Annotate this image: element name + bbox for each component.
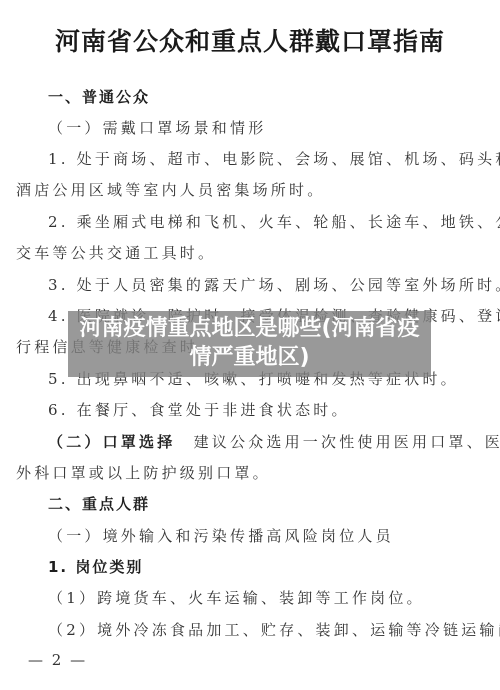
paragraph-line: （2）境外冷冻食品加工、贮存、装卸、运输等冷链运输岗 — [48, 620, 500, 640]
paragraph-line: 交车等公共交通工具时。 — [16, 243, 216, 263]
section-heading-general-public: 一、普通公众 — [48, 87, 150, 107]
paragraph-line: 6. 在餐厅、食堂处于非进食状态时。 — [48, 400, 350, 420]
paragraph-line: 3. 处于人员密集的露天广场、剧场、公园等室外场所时。 — [48, 275, 500, 295]
page-number: — 2 — — [28, 651, 87, 669]
section-heading-key-groups: 二、重点人群 — [48, 494, 150, 514]
paragraph-line: 外科口罩或以上防护级别口罩。 — [16, 463, 271, 483]
caption-text: 河南疫情重点地区是哪些(河南省疫 情严重地区) — [68, 314, 431, 372]
subsection-heading: （一）境外输入和污染传播高风险岗位人员 — [48, 526, 394, 546]
document-title: 河南省公众和重点人群戴口罩指南 — [0, 22, 500, 58]
mask-selection-label: （二）口罩选择 — [48, 433, 175, 451]
paragraph-line: 酒店公用区域等室内人员密集场所时。 — [16, 180, 325, 200]
caption-line-1: 河南疫情重点地区是哪些(河南省疫 — [68, 314, 431, 343]
subsection-heading: （一）需戴口罩场景和情形 — [48, 118, 266, 138]
subheading-job-categories: 1. 岗位类别 — [48, 557, 143, 577]
paragraph-line: 1. 处于商场、超市、电影院、会场、展馆、机场、码头和 — [48, 149, 500, 169]
caption-line-2: 情严重地区) — [68, 343, 431, 372]
paragraph-line: （1）跨境货车、火车运输、装卸等工作岗位。 — [48, 588, 425, 608]
mask-selection-line: （二）口罩选择 建议公众选用一次性使用医用口罩、医用 — [48, 432, 500, 452]
mask-selection-text: 建议公众选用一次性使用医用口罩、医用 — [175, 433, 500, 451]
caption-overlay: 河南疫情重点地区是哪些(河南省疫 情严重地区) — [68, 311, 431, 377]
paragraph-line: 2. 乘坐厢式电梯和飞机、火车、轮船、长途车、地铁、公 — [48, 212, 500, 232]
document-page: 河南省公众和重点人群戴口罩指南 一、普通公众 （一）需戴口罩场景和情形 1. 处… — [0, 0, 500, 690]
